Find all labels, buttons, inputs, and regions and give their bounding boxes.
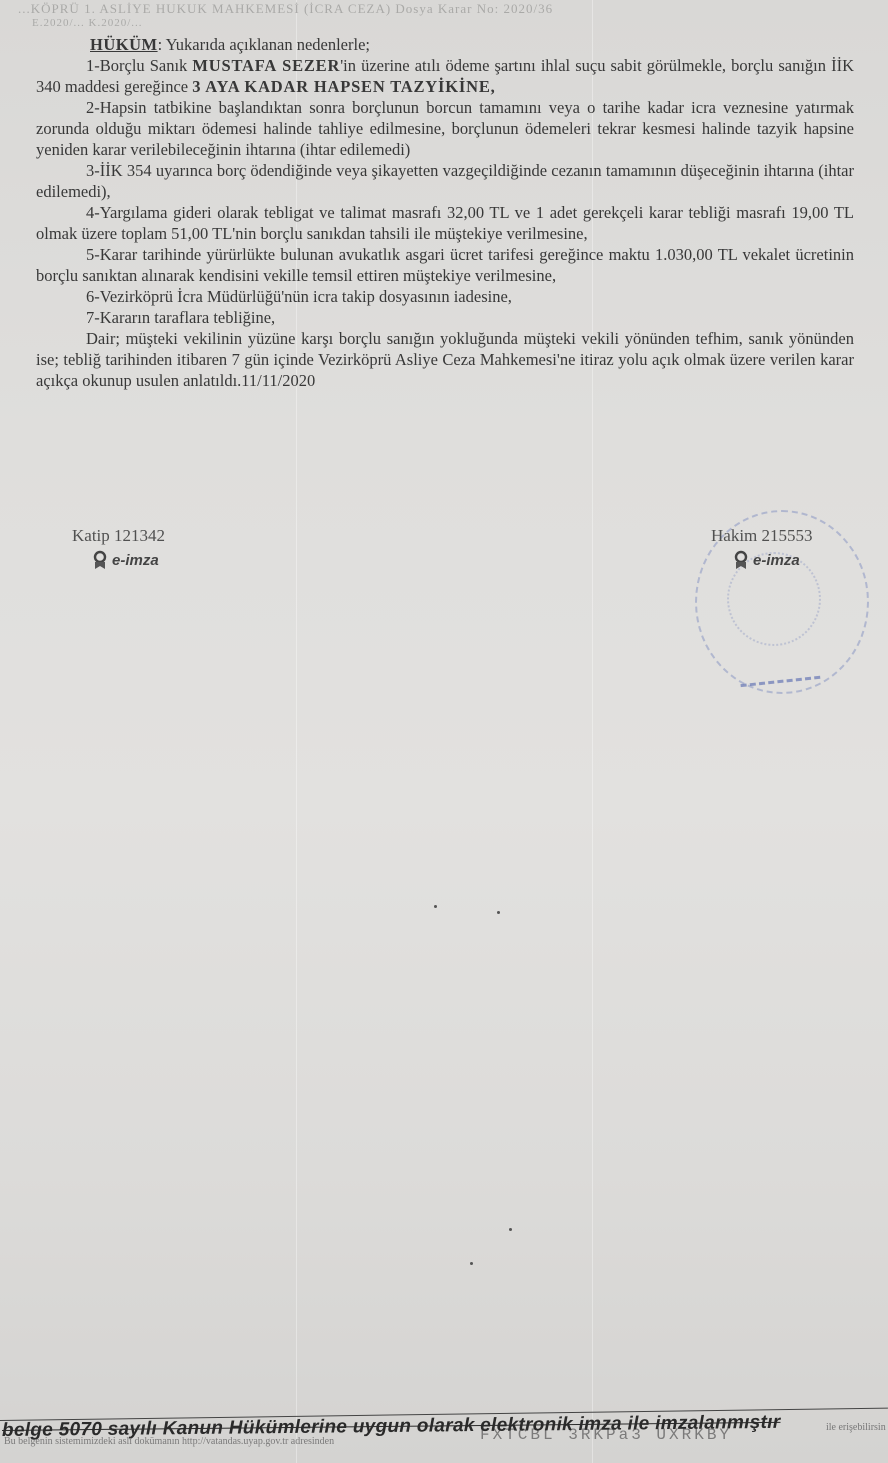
paper-speck xyxy=(497,911,500,914)
court-header-line: ...KÖPRÜ 1. ASLİYE HUKUK MAHKEMESİ (İCRA… xyxy=(18,2,868,16)
paper-speck xyxy=(434,905,437,908)
verdict-item-5: 5-Karar tarihinde yürürlükte bulunan avu… xyxy=(36,244,854,286)
judge-e-signature: e-imza xyxy=(733,550,813,570)
paper-speck xyxy=(509,1228,512,1231)
verdict-item-2: 2-Hapsin tatbikine başlandıktan sonra bo… xyxy=(36,97,854,160)
verdict-body: HÜKÜM: Yukarıda açıklanan nedenlerle; 1-… xyxy=(36,34,854,391)
judge-signature: Hakim 215553 e-imza xyxy=(711,526,813,570)
e-signature-footer: Bu belgenin sistemimizdeki aslı dokümanı… xyxy=(0,1406,888,1446)
court-seal-stamp-edge xyxy=(740,668,821,687)
verdict-item-4: 4-Yargılama gideri olarak tebligat ve ta… xyxy=(36,202,854,244)
footer-access-text: ile erişebilirsin xyxy=(826,1422,886,1433)
paper-speck xyxy=(470,1262,473,1265)
verdict-conclusion: Dair; müşteki vekilinin yüzüne karşı bor… xyxy=(36,328,854,391)
defendant-name: MUSTAFA SEZER xyxy=(192,56,340,75)
clerk-signature: Katip 121342 e-imza xyxy=(72,526,165,570)
verdict-heading: HÜKÜM: Yukarıda açıklanan nedenlerle; xyxy=(36,34,854,55)
clerk-name: Katip 121342 xyxy=(72,526,165,546)
sentence-text: 3 AYA KADAR HAPSEN TAZYİKİNE, xyxy=(192,77,495,96)
e-signature-label: e-imza xyxy=(112,552,159,569)
verdict-heading-text: : Yukarıda açıklanan nedenlerle; xyxy=(158,35,370,54)
judge-name: Hakim 215553 xyxy=(711,526,813,546)
verdict-item-3: 3-İİK 354 uyarınca borç ödendiğinde veya… xyxy=(36,160,854,202)
verdict-item-text: 1-Borçlu Sanık xyxy=(86,56,192,75)
e-signature-label: e-imza xyxy=(753,552,800,569)
clerk-e-signature: e-imza xyxy=(92,550,165,570)
verdict-item-7: 7-Kararın taraflara tebliğine, xyxy=(36,307,854,328)
verdict-item-6: 6-Vezirköprü İcra Müdürlüğü'nün icra tak… xyxy=(36,286,854,307)
case-number-line: E.2020/... K.2020/... xyxy=(32,16,868,30)
page-header: ...KÖPRÜ 1. ASLİYE HUKUK MAHKEMESİ (İCRA… xyxy=(18,2,868,30)
verdict-heading-label: HÜKÜM xyxy=(90,35,158,54)
e-signature-icon xyxy=(733,550,749,570)
e-signature-icon xyxy=(92,550,108,570)
verdict-item-1: 1-Borçlu Sanık MUSTAFA SEZER'in üzerine … xyxy=(36,55,854,97)
